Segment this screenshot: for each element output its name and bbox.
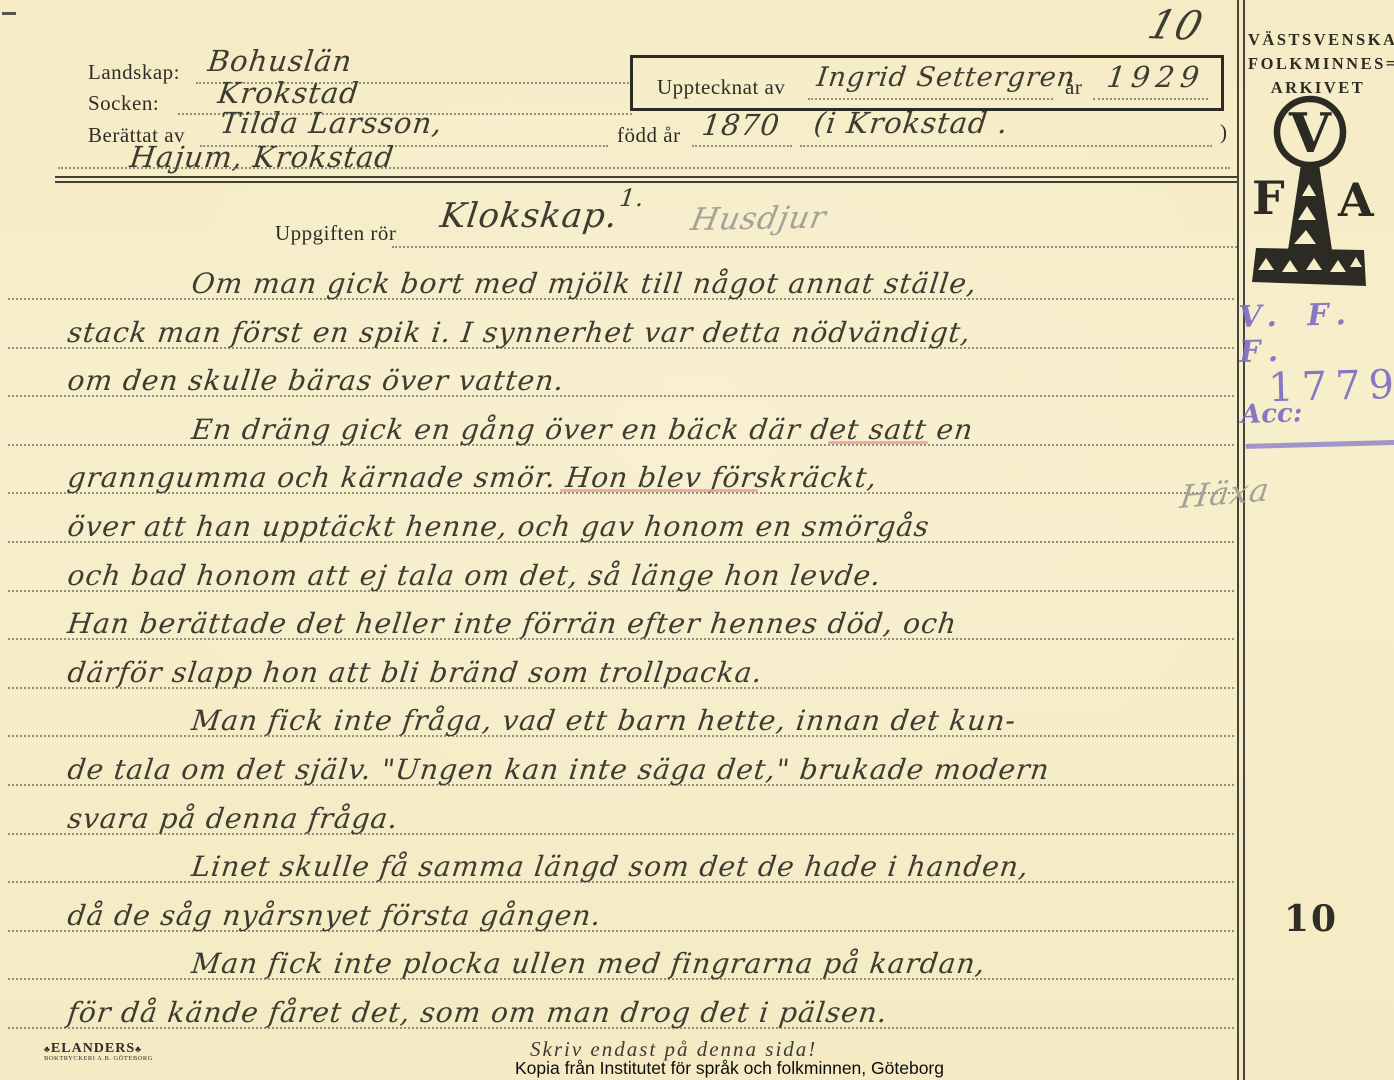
ar-dotline	[1093, 98, 1208, 100]
upptecknat-box: Upptecknat av Ingrid Settergren år 1929	[630, 55, 1224, 111]
paren-close: )	[1220, 120, 1228, 145]
margin-pencil-note: Häxa	[1178, 470, 1272, 516]
printer-ornament-right: ♣	[135, 1044, 142, 1054]
printer-imprint: ♣ELANDERS♣ BOKTRYCKERI A.B. GÖTEBORG	[44, 1042, 153, 1063]
copy-caption: Kopia från Institutet för språk och folk…	[515, 1058, 944, 1079]
body-line: Man fick inte fråga, vad ett barn hette,…	[8, 688, 1234, 737]
upptecknat-value: Ingrid Settergren	[815, 62, 1077, 93]
title-value: Klokskap.	[438, 196, 620, 236]
header-rule-bottom	[55, 181, 1237, 183]
handwritten-page-number: 10	[1143, 2, 1208, 50]
body-line-text: om den skulle bäras över vatten.	[8, 366, 566, 395]
body-line: Linet skulle få samma längd som det de h…	[8, 834, 1234, 883]
stamped-page-number: 10	[1284, 898, 1338, 940]
header-rule-top	[55, 176, 1237, 178]
body-line: om den skulle bäras över vatten.	[8, 348, 1234, 397]
body-line-text: Man fick inte plocka ullen med fingrarna…	[8, 949, 987, 978]
printer-ornament-left: ♣	[44, 1044, 51, 1054]
archive-name-line1: VÄSTSVENSKA	[1248, 28, 1388, 52]
accession-stamp: V. F. F. 1779 Acc:	[1238, 296, 1394, 460]
body-line-text: Linet skulle få samma längd som det de h…	[8, 852, 1031, 881]
stamp-initials: V. F. F.	[1238, 296, 1394, 370]
body-line-text: svara på denna fråga.	[8, 804, 400, 833]
fodd-value: 1870	[700, 108, 782, 142]
body-line-text: En dräng gick en gång över en bäck där d…	[8, 415, 975, 444]
body-line: över att han upptäckt henne, och gav hon…	[8, 494, 1234, 543]
scanned-archive-card: 10 Landskap: Bohuslän Socken: Krokstad B…	[0, 0, 1394, 1080]
svg-text:V: V	[1288, 101, 1332, 165]
fodd-dotline	[692, 145, 792, 147]
body-line-text: Man fick inte fråga, vad ett barn hette,…	[8, 706, 1018, 735]
upptecknat-label: Upptecknat av	[657, 75, 785, 100]
landskap-value: Bohuslän	[206, 44, 354, 78]
fodd-label: född år	[617, 123, 681, 148]
red-underline-smor	[560, 489, 758, 492]
body-line-text: över att han upptäckt henne, och gav hon…	[8, 512, 931, 541]
body-line: En dräng gick en gång över en bäck där d…	[8, 397, 1234, 446]
printer-name: ELANDERS	[51, 1041, 135, 1056]
upptecknat-dotline	[808, 98, 1053, 100]
socken-label: Socken:	[88, 91, 159, 116]
printer-name-row: ♣ELANDERS♣	[44, 1042, 153, 1056]
body-line: och bad honom att ej tala om det, så län…	[8, 543, 1234, 592]
stamp-acc-underline	[1246, 438, 1394, 449]
body-line: granngumma och kärnade smör. Hon blev fö…	[8, 445, 1234, 494]
body-line: Han berättade det heller inte förrän eft…	[8, 591, 1234, 640]
ar-value: 1929	[1105, 60, 1207, 94]
body-line: stack man först en spik i. I synnerhet v…	[8, 300, 1234, 349]
landskap-label: Landskap:	[88, 60, 180, 85]
logo-letter-a: A	[1337, 173, 1375, 227]
body-line-text: Han berättade det heller inte förrän eft…	[8, 609, 959, 638]
body-line: då de såg nyårsnyet första gången.	[8, 883, 1234, 932]
body-line: Man fick inte plocka ullen med fingrarna…	[8, 931, 1234, 980]
socken-value: Krokstad	[216, 76, 361, 110]
body-line-text: Om man gick bort med mjölk till något an…	[8, 269, 979, 298]
body-line: svara på denna fråga.	[8, 786, 1234, 835]
address-dotline	[58, 167, 1230, 169]
logo-letter-f: F	[1252, 171, 1285, 225]
body-line-text: granngumma och kärnade smör. Hon blev fö…	[8, 463, 879, 492]
fodd-place-dotline	[800, 145, 1212, 147]
thors-hammer-logo-icon: V F A	[1242, 92, 1376, 294]
body-line: därför slapp hon att bli bränd som troll…	[8, 640, 1234, 689]
ar-label: år	[1065, 75, 1082, 100]
body-line-text: därför slapp hon att bli bränd som troll…	[8, 658, 764, 687]
body-line: för då kände fåret det, som om man drog …	[8, 980, 1234, 1029]
margin-rule-left	[1237, 0, 1239, 1080]
body-line-text: för då kände fåret det, som om man drog …	[8, 998, 890, 1027]
stamp-acc-label: Acc:	[1241, 398, 1303, 430]
printer-sub: BOKTRYCKERI A.B. GÖTEBORG	[44, 1056, 153, 1063]
fodd-place: (i Krokstad .	[812, 106, 1010, 140]
scan-corner-mark	[2, 12, 16, 15]
archive-name: VÄSTSVENSKA FOLKMINNES= ARKIVET	[1248, 28, 1388, 100]
body-line-text: stack man först en spik i. I synnerhet v…	[8, 318, 973, 347]
body-line: Om man gick bort med mjölk till något an…	[8, 251, 1234, 300]
title-pencil-note: Husdjur	[688, 200, 830, 238]
body-line-text: och bad honom att ej tala om det, så län…	[8, 561, 883, 590]
title-dotline	[392, 246, 1237, 248]
berattat-value: Tilda Larsson,	[218, 106, 445, 140]
body-line-text: de tala om det själv. "Ungen kan inte sä…	[8, 755, 1051, 784]
red-underline-back	[828, 441, 928, 444]
body-line: de tala om det själv. "Ungen kan inte sä…	[8, 737, 1234, 786]
title-number-mark: 1.	[618, 184, 646, 212]
body-line-text: då de såg nyårsnyet första gången.	[8, 901, 603, 930]
title-label: Uppgiften rör	[275, 221, 396, 246]
archive-name-line2: FOLKMINNES=	[1248, 52, 1388, 76]
